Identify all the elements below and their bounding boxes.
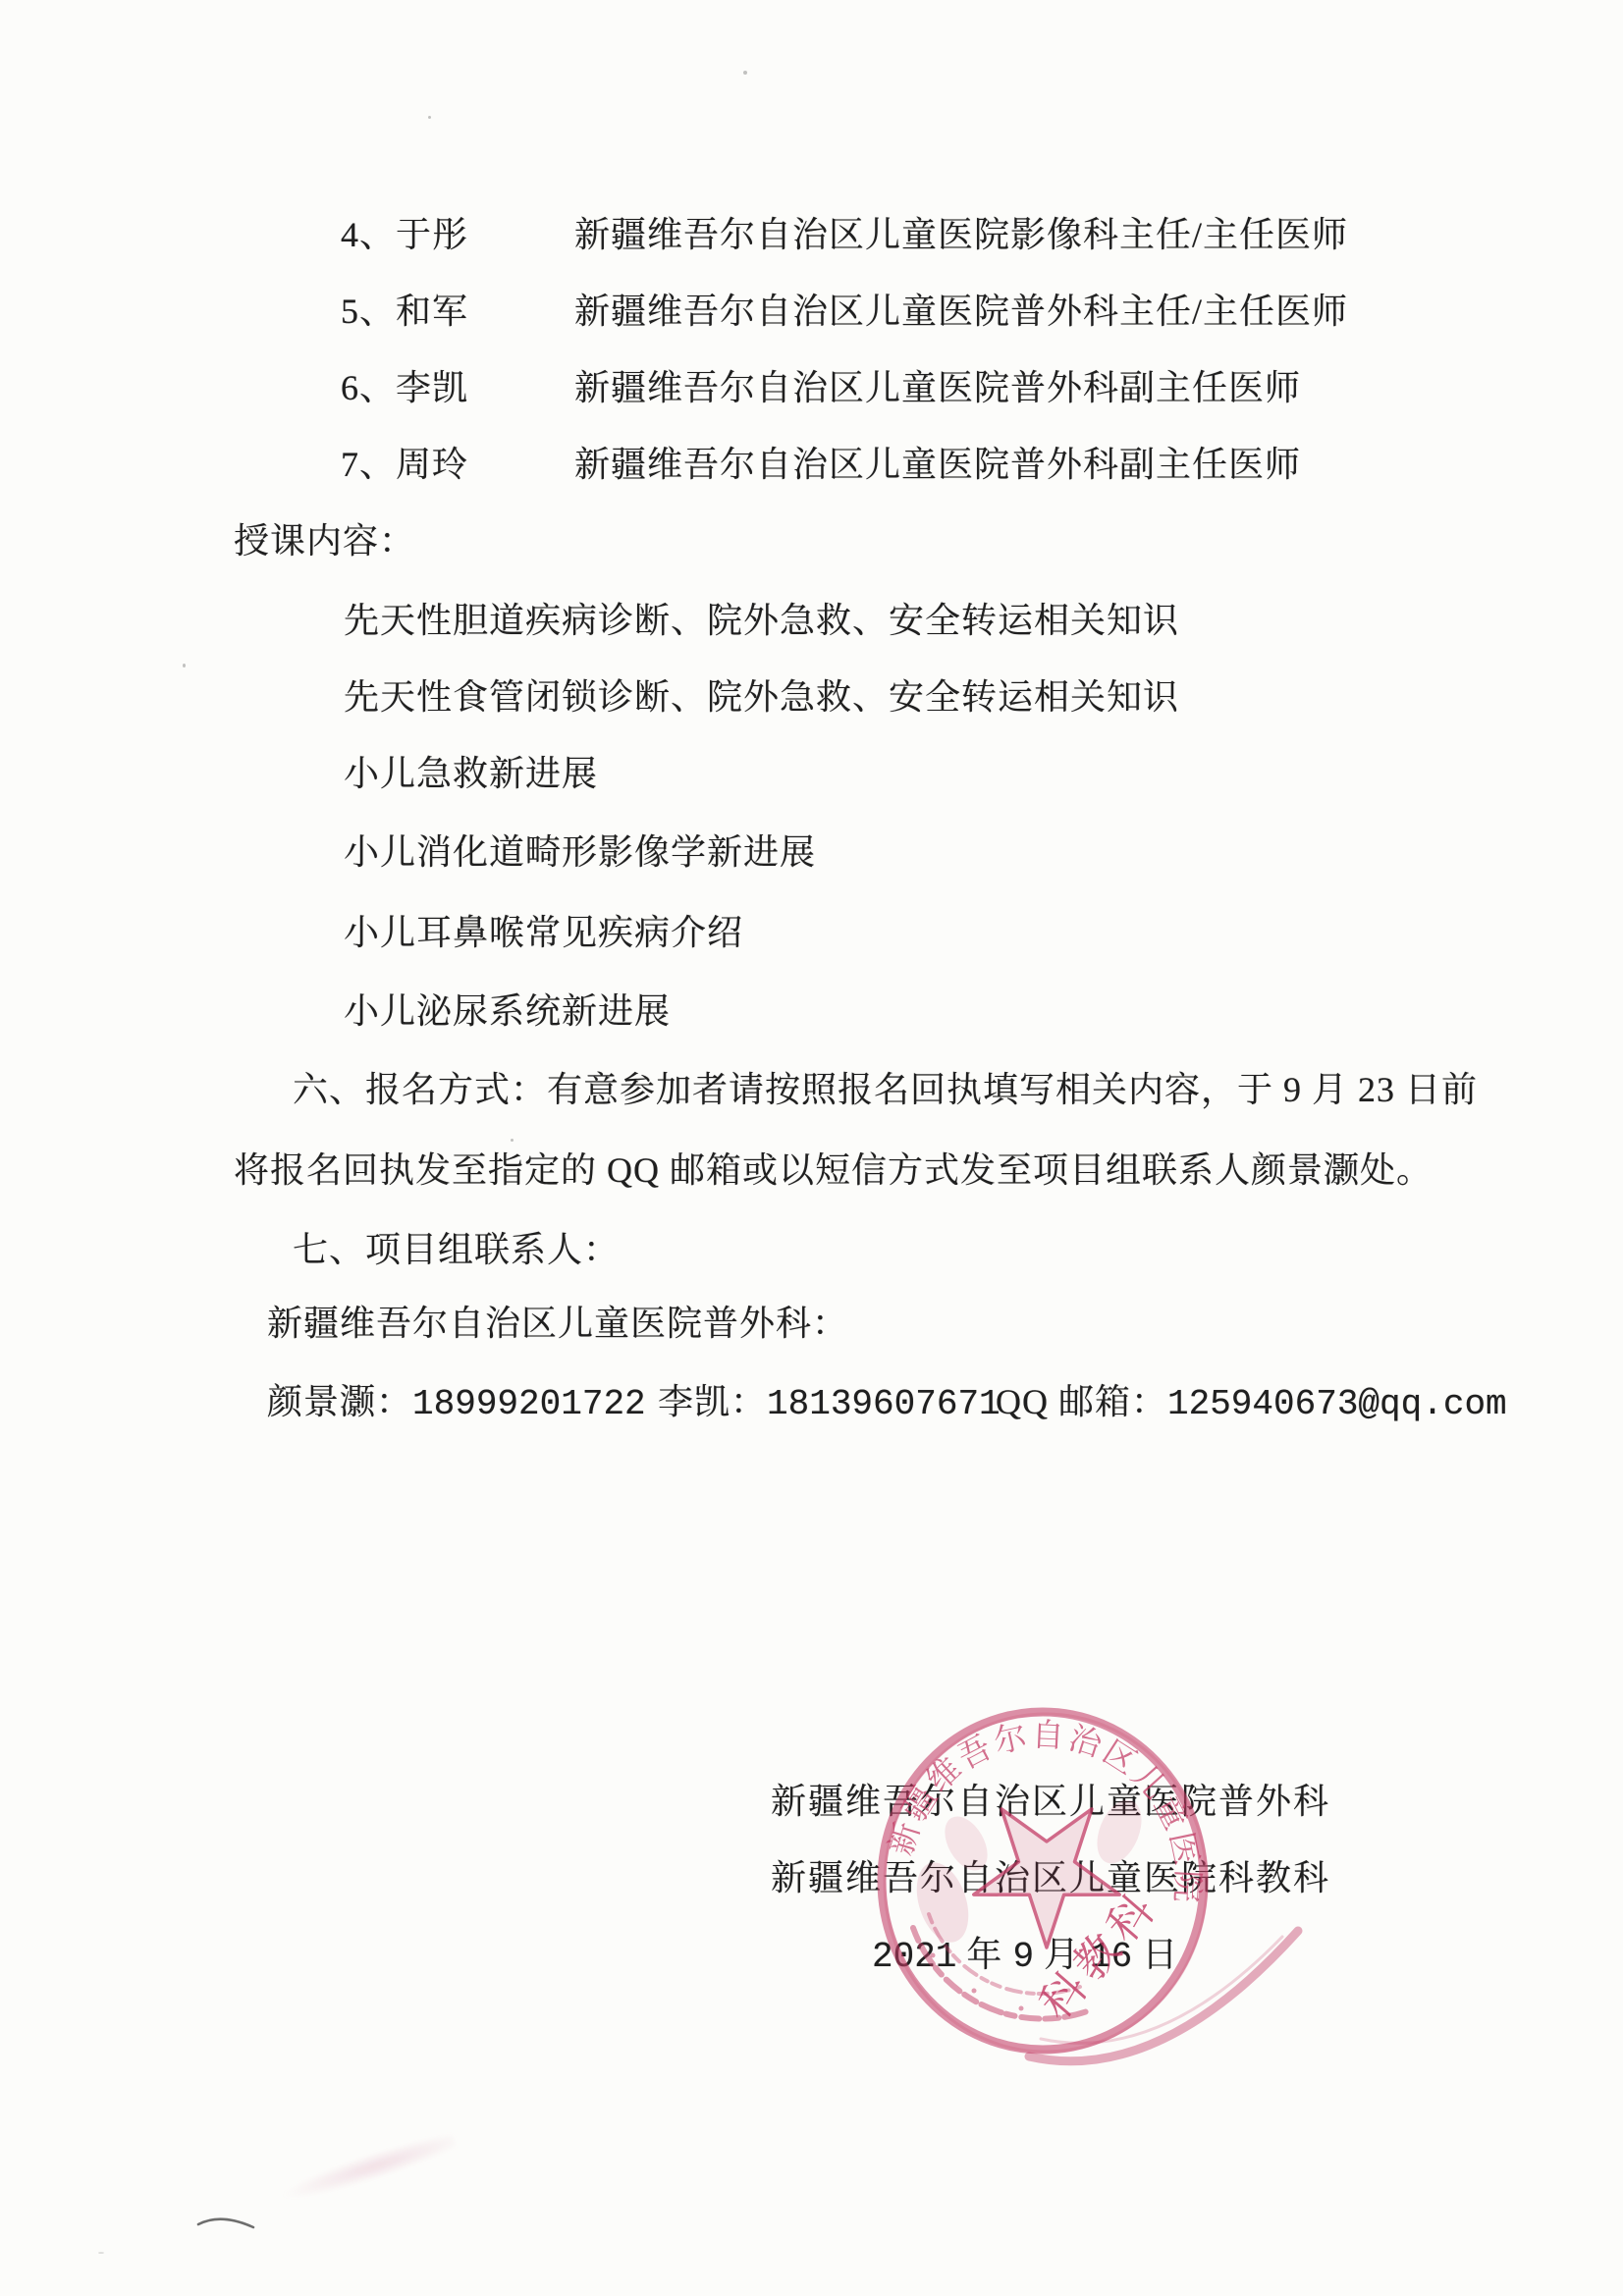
- lecturer-number: 4、: [341, 215, 396, 254]
- date-year-unit: 年: [966, 1935, 1002, 1974]
- lecturer-name: 周玲: [396, 445, 468, 484]
- lecturer-number: 7、: [341, 445, 396, 484]
- lecturer-title: 新疆维吾尔自治区儿童医院影像科主任/主任医师: [574, 214, 1348, 255]
- signature-line-education: 新疆维吾尔自治区儿童医院科教科: [771, 1857, 1330, 1898]
- contact-label: 李凯：: [658, 1382, 767, 1421]
- course-item: 小儿急救新进展: [344, 753, 598, 794]
- lecturer-title: 新疆维吾尔自治区儿童医院普外科副主任医师: [574, 444, 1301, 485]
- contact-label: 颜景灏：: [267, 1382, 412, 1421]
- lecturer-number-name: 5、和军: [341, 291, 468, 332]
- course-item: 先天性食管闭锁诊断、院外急救、安全转运相关知识: [344, 676, 1179, 718]
- lecturer-name: 于彤: [396, 215, 468, 254]
- course-item: 小儿消化道畸形影像学新进展: [344, 831, 816, 873]
- contact-label: QQ 邮箱：: [996, 1382, 1167, 1421]
- date-year: 2021: [872, 1937, 956, 1977]
- stamp-secondary-arc-graphic: [1011, 1899, 1325, 2091]
- lecturer-number-name: 4、于彤: [341, 214, 468, 255]
- date-day-unit: 日: [1142, 1935, 1178, 1974]
- scanned-document-page: 4、于彤 新疆维吾尔自治区儿童医院影像科主任/主任医师 5、和军 新疆维吾尔自治…: [0, 0, 1623, 2296]
- contact-phone: 18139607671: [767, 1384, 1001, 1424]
- lecturer-title: 新疆维吾尔自治区儿童医院普外科主任/主任医师: [574, 291, 1348, 332]
- signature-line-dept: 新疆维吾尔自治区儿童医院普外科: [771, 1781, 1330, 1822]
- lecturer-number-name: 6、李凯: [341, 367, 468, 408]
- contact-item: 颜景灏：18999201722: [267, 1381, 646, 1425]
- contacts-heading: 七、项目组联系人：: [293, 1229, 620, 1270]
- contact-email: 125940673@qq.com: [1167, 1384, 1507, 1424]
- scan-artifact-speck: [428, 116, 431, 119]
- contact-phone: 18999201722: [412, 1384, 646, 1424]
- scan-artifact-pink-smudge: [278, 2128, 459, 2209]
- date-line: 2021 年 9 月 16 日: [872, 1934, 1178, 1978]
- stamp-secondary-arc: [1011, 1899, 1325, 2091]
- date-month: 9: [1012, 1937, 1034, 1977]
- course-item: 小儿耳鼻喉常见疾病介绍: [344, 912, 743, 953]
- contacts-department: 新疆维吾尔自治区儿童医院普外科：: [267, 1303, 848, 1344]
- lecturer-number-name: 7、周玲: [341, 444, 468, 485]
- contact-item: QQ 邮箱：125940673@qq.com: [996, 1381, 1507, 1425]
- scan-artifact-speck: [511, 1139, 514, 1142]
- scan-artifact-pen-mark: [196, 2211, 257, 2239]
- lecturer-title: 新疆维吾尔自治区儿童医院普外科副主任医师: [574, 367, 1301, 408]
- course-item: 先天性胆道疾病诊断、院外急救、安全转运相关知识: [344, 600, 1179, 641]
- lecturer-name: 和军: [396, 292, 468, 331]
- scan-artifact-speck: [98, 2252, 104, 2254]
- date-day: 16: [1090, 1937, 1132, 1977]
- scan-artifact-speck: [183, 664, 186, 667]
- lecturer-number: 5、: [341, 292, 396, 331]
- date-month-unit: 月: [1044, 1935, 1080, 1974]
- scan-artifact-speck: [743, 71, 747, 75]
- course-content-heading: 授课内容：: [234, 520, 415, 561]
- registration-paragraph-line1: 六、报名方式：有意参加者请按照报名回执填写相关内容，于 9 月 23 日前: [293, 1069, 1478, 1110]
- course-item: 小儿泌尿系统新进展: [344, 990, 671, 1032]
- contact-item: 李凯：18139607671: [658, 1381, 1001, 1425]
- lecturer-number: 6、: [341, 368, 396, 407]
- lecturer-name: 李凯: [396, 368, 468, 407]
- registration-paragraph-line2: 将报名回执发至指定的 QQ 邮箱或以短信方式发至项目组联系人颜景灏处。: [234, 1149, 1433, 1191]
